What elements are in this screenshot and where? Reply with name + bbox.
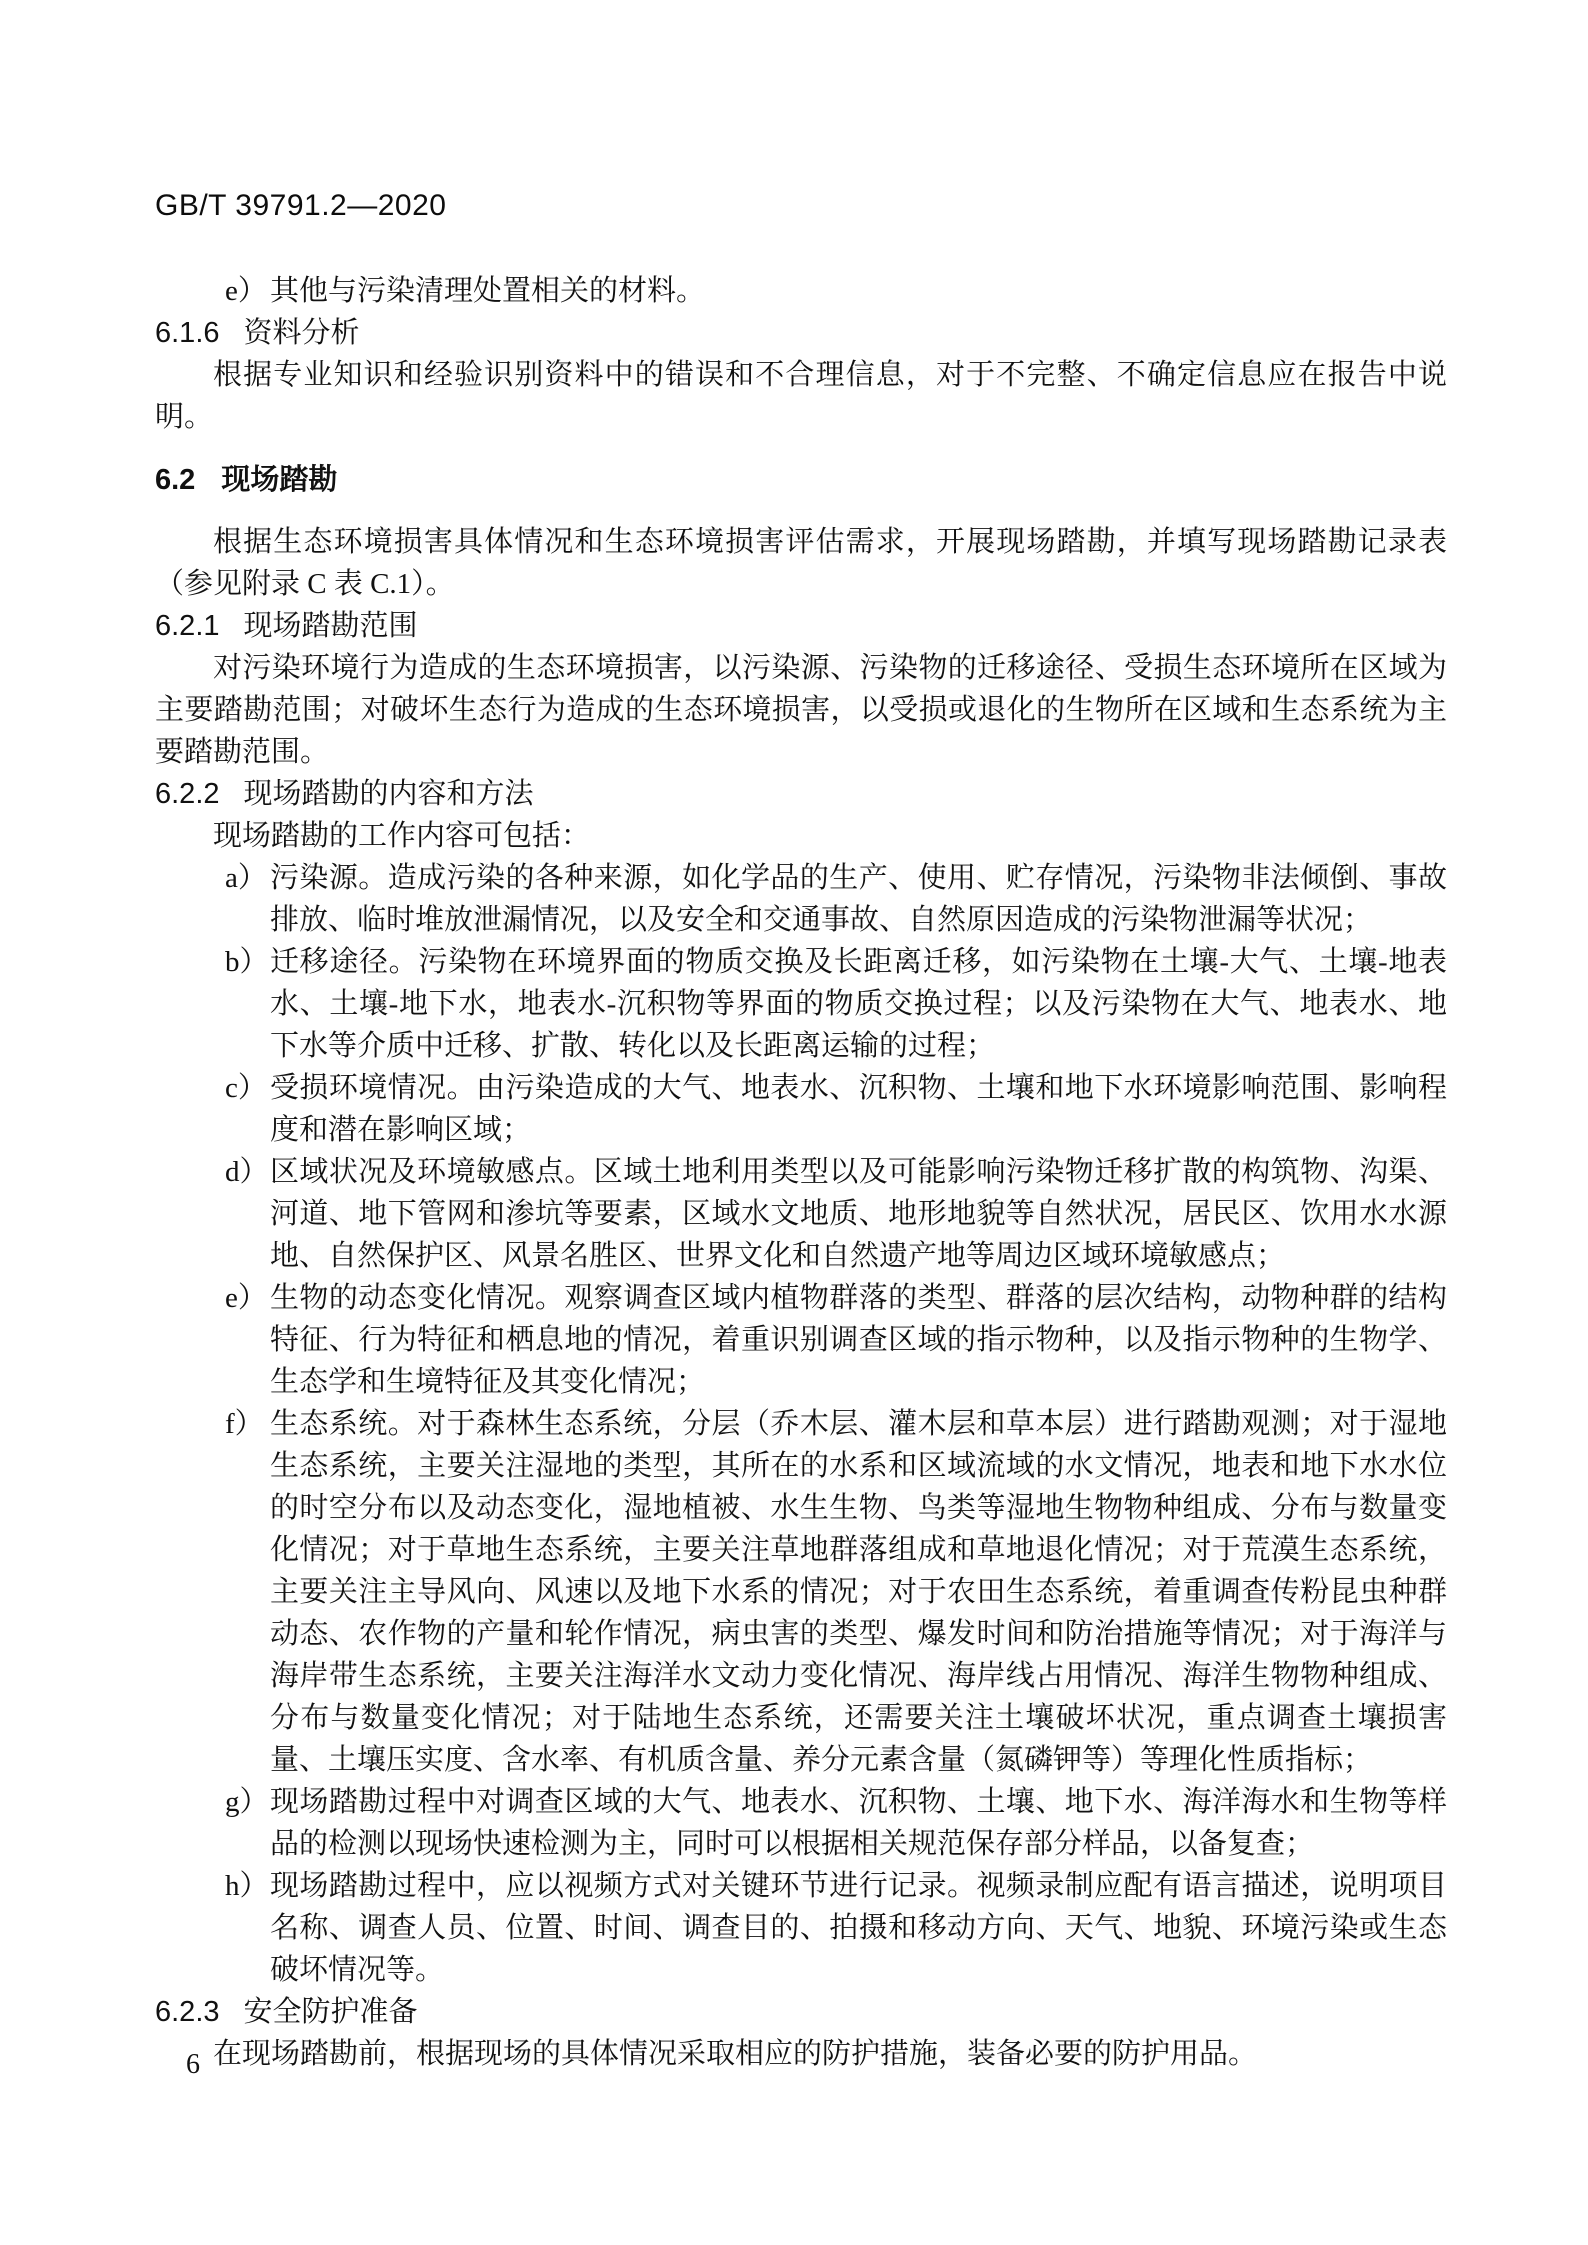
list-item-marker: b） <box>225 941 270 983</box>
heading-number: 6.2 <box>155 464 195 496</box>
list-item-d: d） 区域状况及环境敏感点。区域土地利用类型以及可能影响污染物迁移扩散的构筑物、… <box>155 1151 1447 1277</box>
list-item-text: 受损环境情况。由污染造成的大气、地表水、沉积物、土壤和地下水环境影响范围、影响程… <box>270 1072 1447 1146</box>
list-item-marker: g） <box>225 1781 270 1823</box>
heading-number: 6.2.3 <box>155 1996 220 2028</box>
paragraph-6-2-intro: 根据生态环境损害具体情况和生态环境损害评估需求，开展现场踏勘，并填写现场踏勘记录… <box>155 521 1447 605</box>
paragraph-6-2-3: 在现场踏勘前，根据现场的具体情况采取相应的防护措施，装备必要的防护用品。 <box>155 2033 1447 2075</box>
list-item-marker: f） <box>225 1403 270 1445</box>
heading-6-2-3: 6.2.3安全防护准备 <box>155 1991 1447 2033</box>
list-item-a: a） 污染源。造成污染的各种来源，如化学品的生产、使用、贮存情况，污染物非法倾倒… <box>155 857 1447 941</box>
list-item-marker: d） <box>225 1151 270 1193</box>
list-item-h: h） 现场踏勘过程中，应以视频方式对关键环节进行记录。视频录制应配有语言描述，说… <box>155 1865 1447 1991</box>
list-item-text: 污染源。造成污染的各种来源，如化学品的生产、使用、贮存情况，污染物非法倾倒、事故… <box>270 862 1447 936</box>
list-item-text: 迁移途径。污染物在环境界面的物质交换及长距离迁移，如污染物在土壤-大气、土壤-地… <box>270 946 1447 1062</box>
document-page: GB/T 39791.2—2020 e） 其他与污染清理处置相关的材料。 6.1… <box>0 0 1588 2245</box>
list-item-c: c） 受损环境情况。由污染造成的大气、地表水、沉积物、土壤和地下水环境影响范围、… <box>155 1067 1447 1151</box>
list-item-e-continued: e） 其他与污染清理处置相关的材料。 <box>155 270 1447 312</box>
heading-title: 资料分析 <box>244 317 360 349</box>
list-item-f: f） 生态系统。对于森林生态系统，分层（乔木层、灌木层和草本层）进行踏勘观测；对… <box>155 1403 1447 1781</box>
heading-6-2-1: 6.2.1现场踏勘范围 <box>155 605 1447 647</box>
list-item-marker: e） <box>225 1277 270 1319</box>
list-item-text: 区域状况及环境敏感点。区域土地利用类型以及可能影响污染物迁移扩散的构筑物、沟渠、… <box>270 1156 1447 1272</box>
heading-title: 现场踏勘 <box>221 464 337 496</box>
heading-6-2: 6.2现场踏勘 <box>155 459 1447 501</box>
list-item-marker: c） <box>225 1067 270 1109</box>
document-body: e） 其他与污染清理处置相关的材料。 6.1.6资料分析 根据专业知识和经验识别… <box>155 270 1447 2075</box>
heading-6-1-6: 6.1.6资料分析 <box>155 312 1447 354</box>
list-item-text: 现场踏勘过程中，应以视频方式对关键环节进行记录。视频录制应配有语言描述，说明项目… <box>270 1870 1447 1986</box>
list-item-e: e） 生物的动态变化情况。观察调查区域内植物群落的类型、群落的层次结构，动物种群… <box>155 1277 1447 1403</box>
page-number: 6 <box>186 2048 200 2082</box>
list-item-text: 其他与污染清理处置相关的材料。 <box>270 275 705 307</box>
list-item-text: 现场踏勘过程中对调查区域的大气、地表水、沉积物、土壤、地下水、海洋海水和生物等样… <box>270 1786 1447 1860</box>
lettered-list: a） 污染源。造成污染的各种来源，如化学品的生产、使用、贮存情况，污染物非法倾倒… <box>155 857 1447 1991</box>
list-item-text: 生物的动态变化情况。观察调查区域内植物群落的类型、群落的层次结构，动物种群的结构… <box>270 1282 1447 1398</box>
list-item-g: g） 现场踏勘过程中对调查区域的大气、地表水、沉积物、土壤、地下水、海洋海水和生… <box>155 1781 1447 1865</box>
heading-6-2-2: 6.2.2现场踏勘的内容和方法 <box>155 773 1447 815</box>
heading-title: 安全防护准备 <box>244 1996 418 2028</box>
heading-number: 6.2.2 <box>155 778 220 810</box>
heading-title: 现场踏勘的内容和方法 <box>244 778 534 810</box>
heading-title: 现场踏勘范围 <box>244 610 418 642</box>
paragraph-6-1-6: 根据专业知识和经验识别资料中的错误和不合理信息，对于不完整、不确定信息应在报告中… <box>155 354 1447 438</box>
list-item-marker: e） <box>225 270 270 312</box>
list-item-b: b） 迁移途径。污染物在环境界面的物质交换及长距离迁移，如污染物在土壤-大气、土… <box>155 941 1447 1067</box>
list-item-marker: h） <box>225 1865 270 1907</box>
standard-number-header: GB/T 39791.2—2020 <box>155 190 1447 222</box>
paragraph-6-2-2-intro: 现场踏勘的工作内容可包括： <box>155 815 1447 857</box>
list-item-marker: a） <box>225 857 270 899</box>
heading-number: 6.1.6 <box>155 317 220 349</box>
paragraph-6-2-1: 对污染环境行为造成的生态环境损害，以污染源、污染物的迁移途径、受损生态环境所在区… <box>155 647 1447 773</box>
list-item-text: 生态系统。对于森林生态系统，分层（乔木层、灌木层和草本层）进行踏勘观测；对于湿地… <box>270 1408 1447 1776</box>
heading-number: 6.2.1 <box>155 610 220 642</box>
